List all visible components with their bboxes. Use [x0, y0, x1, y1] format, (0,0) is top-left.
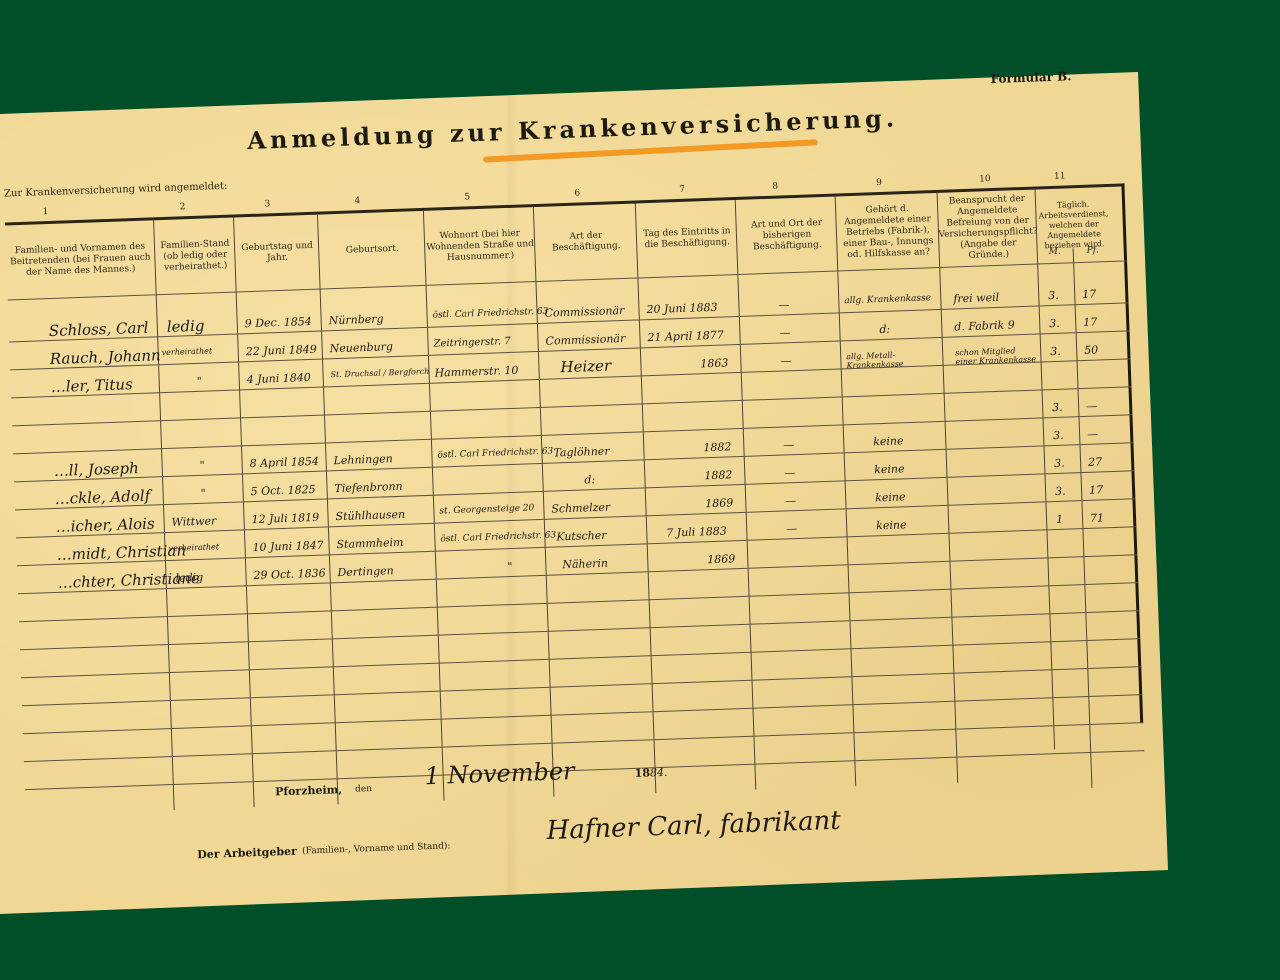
header-residence: Wohnort (bei hier Wohnenden Straße und H… — [425, 211, 535, 281]
cell-health-fund: keine — [876, 518, 907, 532]
cell-wage-pf: 71 — [1090, 511, 1104, 524]
cell-entry-date: 1869 — [705, 496, 733, 510]
employer-hint: (Familien-, Vorname und Stand): — [302, 841, 451, 856]
employer-signature: Hafner Carl, fabrikant — [546, 806, 841, 846]
cell-occupation: Heizer — [560, 356, 611, 376]
cell-occupation: Commissionär — [545, 332, 625, 348]
cell-occupation: d: — [584, 473, 595, 486]
cell-birthplace: Neuenburg — [329, 340, 393, 355]
cell-previous-job: — — [779, 326, 790, 339]
cell-exemption: d. Fabrik 9 — [954, 318, 1015, 333]
cell-birthplace: Dertingen — [337, 564, 394, 579]
form-title: Anmeldung zur Krankenversicherung. — [247, 103, 899, 155]
cell-name: …ll, Joseph — [53, 459, 139, 480]
cell-wage-mark: 1 — [1056, 513, 1063, 526]
cell-birthdate: 9 Dec. 1854 — [245, 315, 312, 330]
cell-previous-job: — — [780, 354, 791, 367]
cell-entry-date: 20 Juni 1883 — [646, 301, 718, 316]
cell-wage-pf: 17 — [1082, 287, 1096, 300]
header-health-fund: Gehört d. Angemeldete einer Betriebs (Fa… — [837, 197, 939, 266]
cell-status: " — [197, 375, 203, 388]
cell-health-fund: d: — [879, 323, 890, 336]
cell-wage-mark: 3. — [1054, 457, 1065, 470]
cell-entry-date: 1863 — [700, 356, 728, 370]
cell-wage-pf: — — [1086, 400, 1097, 413]
cell-status: " — [200, 487, 206, 500]
cell-wage-pf: 50 — [1084, 343, 1098, 356]
cell-health-fund: allg. Krankenkasse — [844, 293, 931, 306]
cell-wage-mark: 3. — [1049, 317, 1060, 330]
wage-mark-subheader: M. — [1049, 247, 1061, 257]
col-num-7: 7 — [679, 185, 685, 195]
cell-wage-mark: 3. — [1055, 485, 1066, 498]
cell-residence: Zeitringerstr. 7 — [433, 336, 510, 350]
wage-pfennig-subheader: Pf. — [1087, 245, 1099, 255]
cell-exemption: schon Mitglied einer Krankenkasse — [955, 346, 1038, 367]
cell-name: Schloss, Carl — [49, 319, 149, 340]
cell-health-fund: keine — [874, 462, 905, 476]
form-intro: Zur Krankenversicherung wird angemeldet: — [4, 181, 228, 200]
cell-birthdate: 5 Oct. 1825 — [250, 483, 316, 498]
cell-wage-pf: 17 — [1083, 315, 1097, 328]
header-exemption: Beansprucht der Angemeldete Befreiung vo… — [939, 194, 1037, 263]
cell-previous-job: — — [778, 298, 789, 311]
cell-birthdate: 10 Juni 1847 — [252, 539, 324, 554]
header-name: Familien- und Vornamen des Beitretenden … — [5, 224, 155, 295]
cell-residence: st. Georgensteige 20 — [439, 503, 534, 516]
cell-status: ledig — [175, 571, 203, 585]
col-num-11: 11 — [1054, 171, 1066, 181]
col-num-10: 10 — [979, 174, 991, 184]
cell-previous-job: — — [785, 494, 796, 507]
header-entry-date: Tag des Eintritts in die Beschäftigung. — [637, 204, 737, 273]
cell-residence: Hammerstr. 10 — [434, 364, 518, 380]
cell-birthdate: 12 Juli 1819 — [251, 511, 319, 526]
header-family-status: Familien-Stand (ob ledig oder verheirath… — [155, 222, 235, 291]
col-num-3: 3 — [264, 199, 270, 209]
cell-occupation: Commissionär — [544, 304, 624, 320]
cell-entry-date: 7 Juli 1883 — [666, 525, 727, 540]
cell-status: verheirathet — [168, 542, 219, 553]
cell-entry-date: 1869 — [707, 552, 735, 566]
cell-birthdate: 22 Juni 1849 — [245, 343, 317, 358]
cell-wage-pf: 27 — [1088, 455, 1102, 468]
cell-occupation: Schmelzer — [551, 501, 610, 516]
col-num-4: 4 — [354, 196, 360, 206]
registration-table: Familien- und Vornamen des Beitretenden … — [5, 183, 1145, 815]
cell-occupation: Näherin — [562, 557, 608, 572]
col-num-1: 1 — [43, 207, 49, 217]
registration-form: Formular B. Anmeldung zur Krankenversich… — [0, 37, 1167, 878]
col-num-8: 8 — [772, 182, 778, 192]
cell-birthdate: 8 April 1854 — [249, 455, 319, 470]
form-id: Formular B. — [990, 69, 1071, 86]
cell-wage-pf: — — [1087, 428, 1098, 441]
header-occupation: Art der Beschäftigung. — [535, 208, 637, 277]
cell-health-fund: allg. Metall-Krankenkasse — [846, 349, 939, 370]
cell-previous-job: — — [786, 522, 797, 535]
cell-wage-pf: 17 — [1089, 483, 1103, 496]
cell-name: …icher, Alois — [55, 514, 155, 535]
cell-residence: östl. Carl Friedrichstr. 63 — [437, 447, 553, 461]
cell-name: …ler, Titus — [51, 375, 134, 396]
cell-previous-job: — — [784, 466, 795, 479]
header-birthdate: Geburtstag und Jahr. — [235, 219, 319, 288]
cell-name: …ckle, Adolf — [54, 487, 150, 508]
cell-wage-mark: 3. — [1053, 429, 1064, 442]
cell-entry-date: 1882 — [703, 440, 731, 454]
cell-wage-mark: 3. — [1048, 289, 1059, 302]
col-num-6: 6 — [574, 188, 580, 198]
cell-birthplace: St. Druchsal / Bergforch — [330, 367, 429, 379]
cell-status: ledig — [166, 317, 204, 336]
cell-residence: " — [507, 560, 513, 573]
place-label: Pforzheim, — [275, 783, 342, 798]
year-printed: 1884. — [634, 766, 667, 780]
cell-entry-date: 1882 — [704, 468, 732, 482]
col-num-9: 9 — [876, 178, 882, 188]
cell-residence: östl. Carl Friedrichstr. 63 — [432, 307, 548, 321]
cell-health-fund: keine — [873, 434, 904, 448]
col-num-5: 5 — [464, 192, 470, 202]
cell-entry-date: 21 April 1877 — [647, 329, 724, 345]
cell-birthdate: 4 Juni 1840 — [246, 371, 311, 386]
handwritten-date: 1 November — [424, 757, 575, 790]
cell-exemption: frei weil — [953, 291, 999, 306]
den-label: den — [355, 784, 372, 795]
employer-label: Der Arbeitgeber — [197, 845, 297, 861]
cell-residence: östl. Carl Friedrichstr. 63 — [440, 530, 556, 544]
header-previous-job: Art und Ort der bisherigen Beschäftigung… — [737, 201, 837, 270]
cell-birthplace: Stühlhausen — [335, 508, 405, 523]
cell-status: verheirathet — [162, 346, 213, 357]
cell-previous-job: — — [783, 438, 794, 451]
cell-status: Wittwer — [171, 514, 216, 529]
cell-birthplace: Tiefenbronn — [334, 480, 403, 495]
cell-occupation: Taglöhner — [553, 445, 610, 460]
cell-birthplace: Lehningen — [333, 452, 393, 467]
cell-wage-mark: 3. — [1050, 345, 1061, 358]
cell-health-fund: keine — [875, 490, 906, 504]
cell-status: " — [199, 459, 205, 472]
table-right-border — [1121, 183, 1143, 723]
cell-wage-mark: 3. — [1052, 401, 1063, 414]
col-num-2: 2 — [179, 202, 185, 212]
cell-birthplace: Stammheim — [336, 536, 403, 551]
cell-occupation: Kutscher — [556, 529, 607, 544]
header-birthplace: Geburtsort. — [319, 215, 425, 285]
cell-birthplace: Nürnberg — [328, 312, 383, 327]
cell-birthdate: 29 Oct. 1836 — [253, 567, 326, 583]
